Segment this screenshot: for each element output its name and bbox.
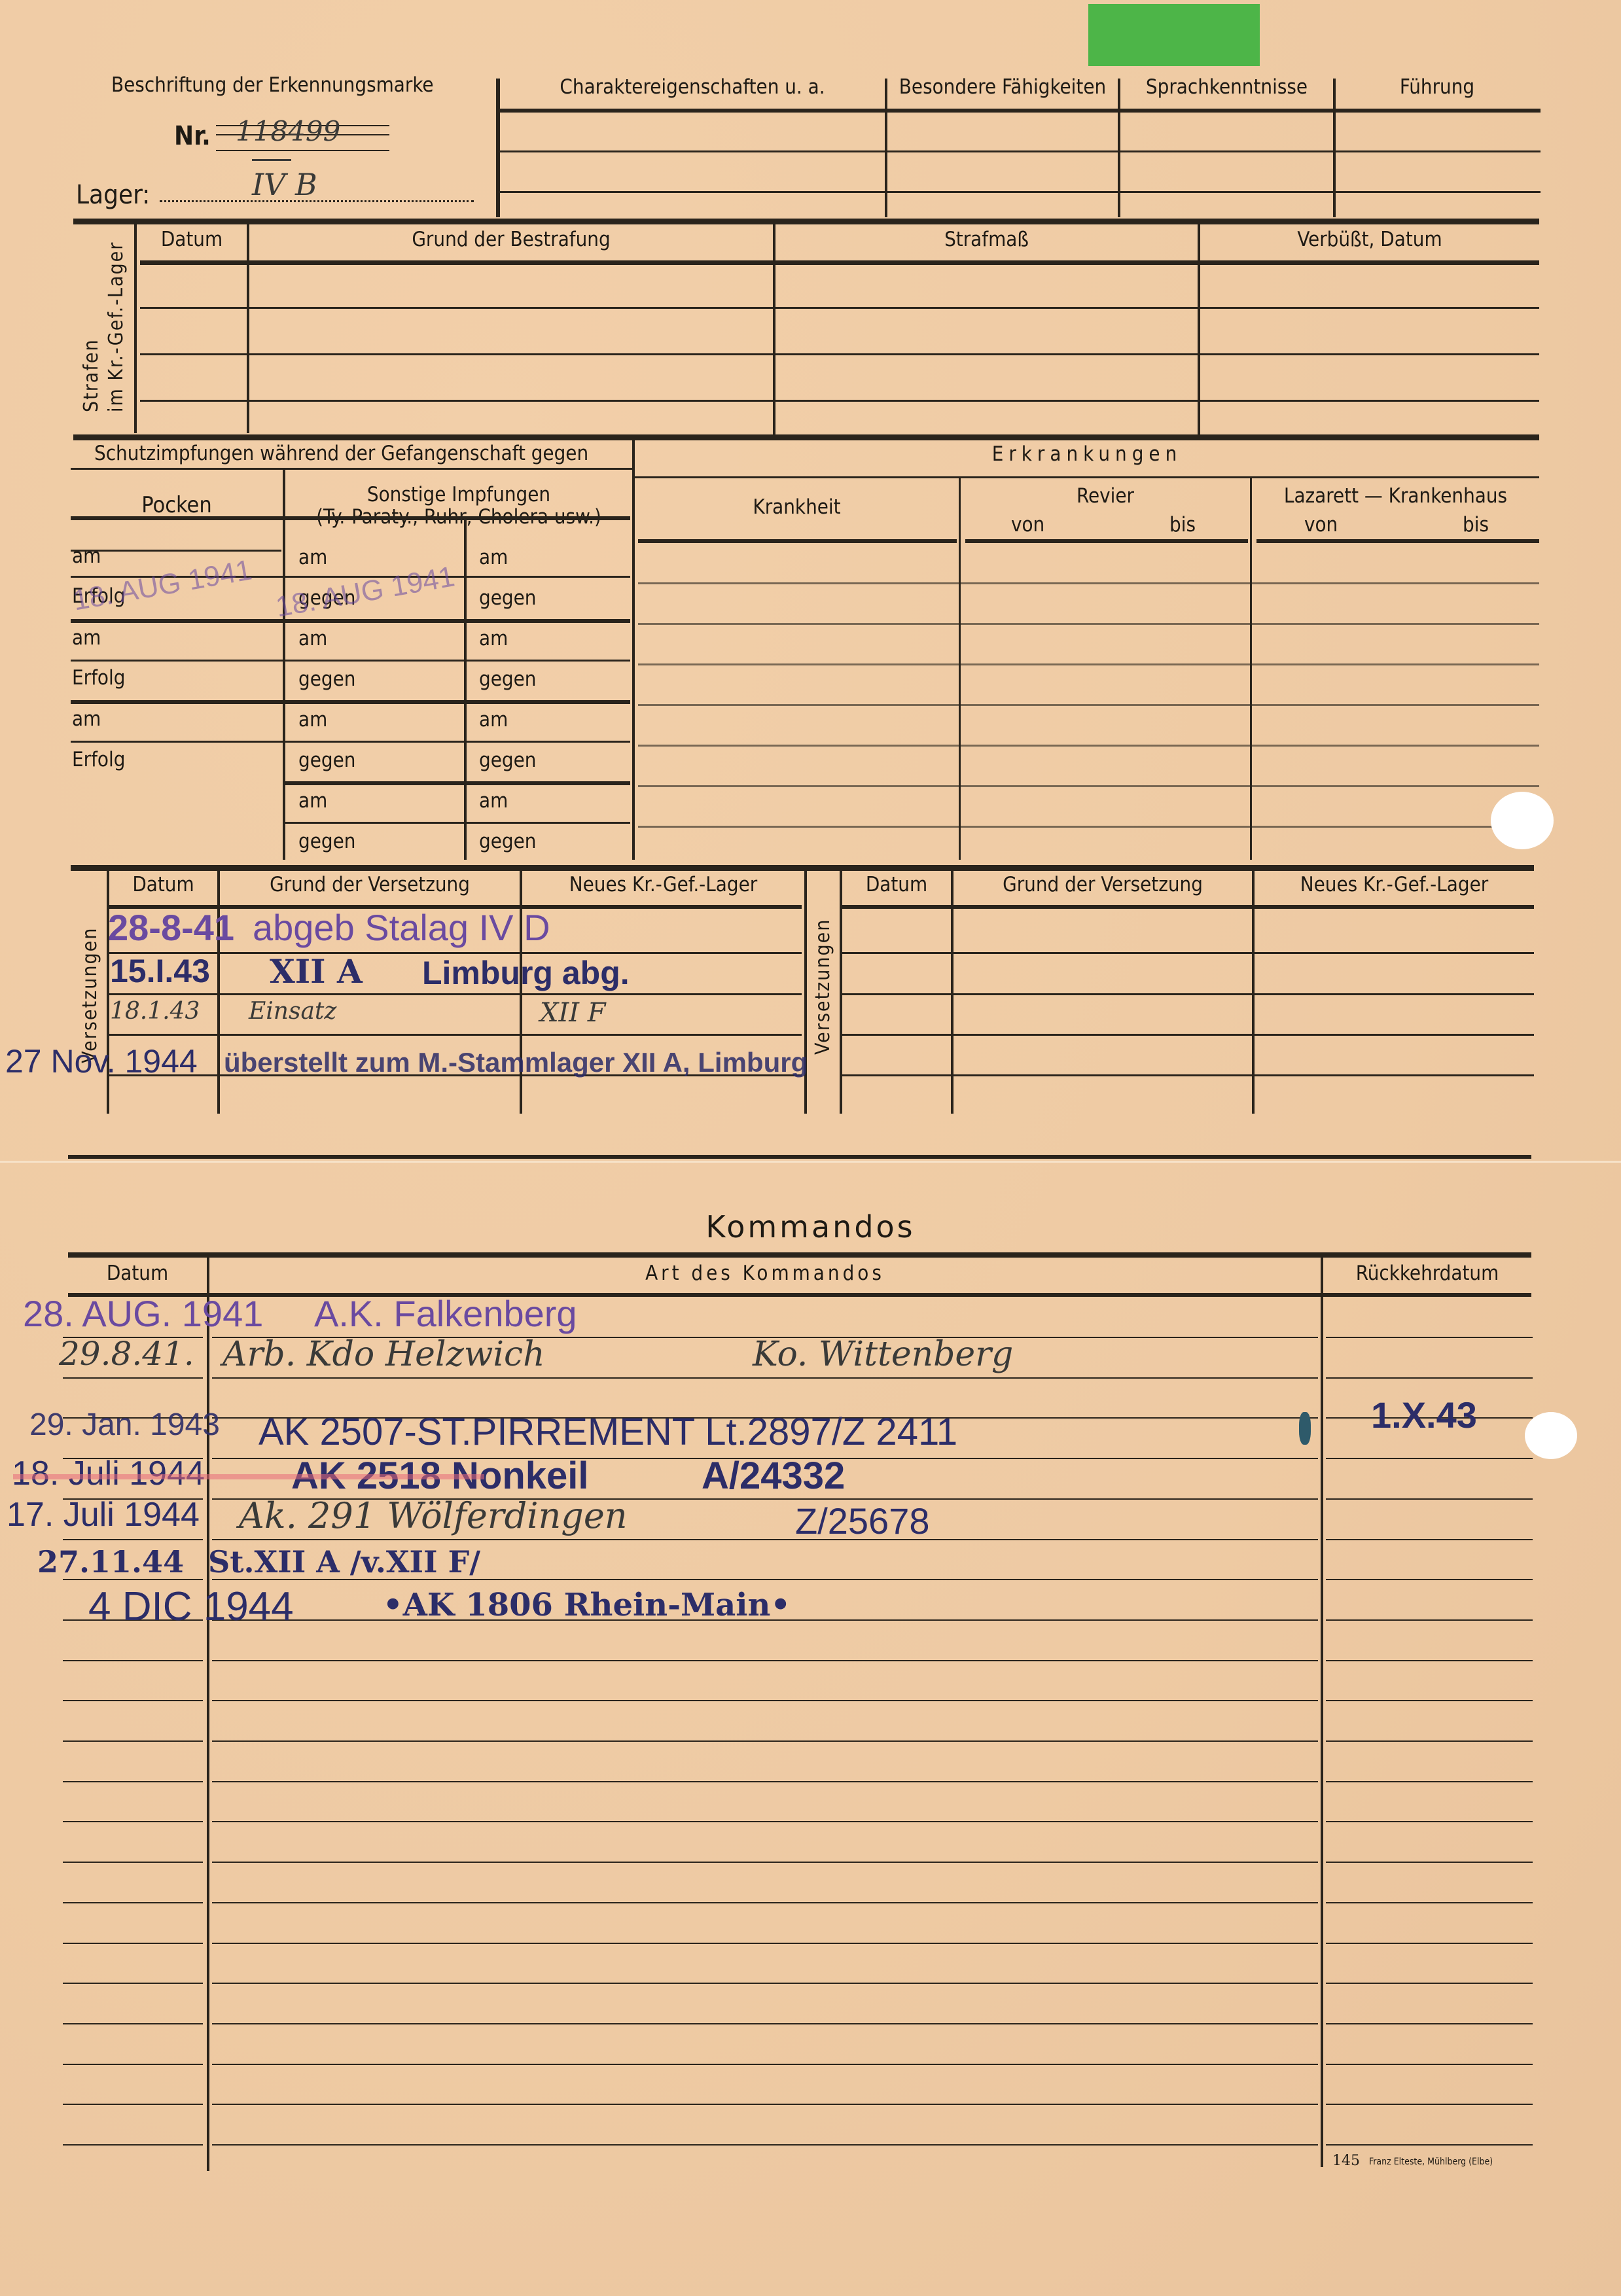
kom-entry-6-date: 27.11.44 — [37, 1544, 184, 1580]
vers-col-grund-2: Grund der Versetzung — [953, 873, 1252, 896]
ruled-line — [212, 1539, 1318, 1540]
strafen-side-label: Strafen — [80, 338, 103, 412]
pocken-row: Erfolg — [72, 748, 125, 771]
ruled-line — [1326, 1498, 1533, 1500]
divider — [109, 1034, 802, 1036]
vers-col-lager-2: Neues Kr.-Gef.-Lager — [1255, 873, 1534, 896]
punch-hole — [1525, 1412, 1577, 1459]
divider — [773, 222, 775, 437]
kom-col-art: Art des Kommandos — [209, 1262, 1321, 1285]
divider — [638, 785, 1539, 787]
ruled-line — [63, 2104, 203, 2105]
divider — [71, 660, 630, 662]
divider — [1256, 539, 1539, 543]
revier-bis: bis — [1169, 513, 1196, 537]
divider — [965, 539, 1248, 543]
printer-imprint: Franz Elteste, Mühlberg (Elbe) — [1369, 2157, 1493, 2167]
ruled-line — [63, 1902, 203, 1903]
red-strikethrough — [13, 1474, 484, 1479]
divider — [635, 476, 1539, 478]
divider — [140, 353, 1539, 355]
divider — [638, 582, 1539, 584]
ruled-line — [63, 1821, 203, 1822]
divider — [1321, 1258, 1323, 2167]
divider — [638, 539, 957, 543]
ruled-line — [212, 1660, 1318, 1661]
pocken-row: am — [72, 626, 101, 650]
divider — [285, 781, 630, 785]
divider — [842, 1074, 1534, 1076]
strafen-side-label-b: im Kr.-Gef.-Lager — [105, 241, 128, 412]
kom-col-datum: Datum — [68, 1262, 207, 1285]
divider — [496, 79, 500, 217]
ruled-line — [63, 1781, 203, 1782]
sonstige-row: am — [298, 708, 327, 732]
divider — [638, 663, 1539, 665]
kom-entry-5-text: Ak. 291 Wölferdingen — [239, 1495, 628, 1536]
divider — [71, 700, 630, 704]
sonstige-row: gegen — [298, 749, 355, 772]
vers-entry-2-text2: Limburg abg. — [422, 954, 630, 992]
ruled-line — [63, 1700, 203, 1701]
sonstige-row: am — [479, 627, 508, 650]
divider — [500, 109, 1541, 113]
kom-entry-7-text: •AK 1806 Rhein-Main• — [383, 1587, 791, 1623]
lager-label: Lager: — [76, 180, 150, 210]
kom-entry-2-text2: Ko. Wittenberg — [753, 1335, 1013, 1374]
pocken-row: am — [72, 707, 101, 731]
kom-entry-4-date: 18. Juli 1944 — [12, 1454, 205, 1493]
divider — [959, 478, 961, 860]
ruled-line — [1326, 1983, 1533, 1984]
ruled-line — [1326, 1943, 1533, 1944]
sonstige-row: gegen — [298, 830, 355, 853]
divider — [73, 219, 1539, 224]
divider — [140, 400, 1539, 402]
divider — [1333, 79, 1336, 217]
paper-background — [0, 0, 1621, 2296]
divider — [68, 1252, 1531, 1258]
kom-entry-5-date: 17. Juli 1944 — [7, 1495, 200, 1534]
ruled-line — [212, 2023, 1318, 2024]
divider — [285, 822, 630, 824]
ruled-line — [1326, 1902, 1533, 1903]
vers-col-datum-2: Datum — [842, 873, 951, 896]
col-fuehrung: Führung — [1336, 75, 1539, 99]
ruled-line — [1326, 1539, 1533, 1540]
ruled-line — [63, 1740, 203, 1742]
fold-crease — [0, 1161, 1621, 1163]
ruled-line — [212, 2064, 1318, 2065]
ruled-line — [1326, 1458, 1533, 1459]
vers-entry-3-text: Einsatz — [249, 998, 336, 1025]
lager-overline — [252, 159, 291, 161]
pocken-row: am — [72, 544, 101, 568]
strafen-col-strafmass: Strafmaß — [775, 228, 1198, 251]
ruled-line — [63, 1660, 203, 1661]
kom-entry-3-return: 1.X.43 — [1371, 1394, 1477, 1436]
sonstige-row: gegen — [298, 667, 355, 691]
ruled-line — [1326, 1740, 1533, 1742]
impfungen-title: Schutzimpfungen während der Gefangenscha… — [94, 442, 588, 465]
nr-value: 118499 — [236, 115, 340, 147]
strafen-col-verbuesst: Verbüßt, Datum — [1200, 228, 1539, 251]
kom-entry-2-date: 29.8.41. — [59, 1335, 194, 1373]
divider — [207, 1258, 209, 2171]
ruled-line — [63, 2023, 203, 2024]
divider — [1250, 478, 1252, 860]
vers-entry-4-date: 27 Nov. 1944 — [5, 1042, 198, 1080]
erk-col-revier: Revier — [961, 484, 1250, 508]
pocken-label: Pocken — [71, 492, 283, 518]
ruled-line — [1326, 1781, 1533, 1782]
sonstige-row: am — [479, 708, 508, 732]
strafen-side-label-1: Strafen — [80, 338, 103, 412]
sonstige-row: gegen — [479, 749, 536, 772]
fold-divider — [68, 1155, 1531, 1159]
erk-col-lazarett: Lazarett — Krankenhaus — [1252, 484, 1539, 508]
ruled-line — [1326, 1579, 1533, 1580]
divider — [500, 150, 1541, 152]
ruled-line — [63, 2064, 203, 2065]
vers-entry-3-lager: XII F — [540, 998, 606, 1028]
ruled-line — [212, 1781, 1318, 1782]
vers-entry-2-date: 15.I.43 — [110, 952, 210, 990]
ruled-line — [1326, 1337, 1533, 1338]
ruled-line — [1326, 1660, 1533, 1661]
sonstige-label-1: Sonstige Impfungen — [285, 483, 632, 506]
divider — [842, 993, 1534, 995]
kom-entry-2-text: Arb. Kdo Helzwich — [223, 1335, 545, 1374]
ruled-line — [1326, 1821, 1533, 1822]
ruled-line — [212, 1700, 1318, 1701]
ruled-line — [1326, 2023, 1533, 2024]
ruled-line — [212, 1377, 1318, 1379]
ruled-line — [63, 1983, 203, 1984]
ruled-line — [63, 1943, 203, 1944]
sonstige-row: am — [298, 789, 327, 813]
form-number: 145 — [1332, 2153, 1360, 2169]
divider — [140, 260, 1539, 265]
ruled-line — [212, 1740, 1318, 1742]
versetzungen-side-label-right: Versetzungen — [811, 919, 834, 1055]
sonstige-row: am — [479, 789, 508, 813]
divider — [842, 1034, 1534, 1036]
ruled-line — [63, 1539, 203, 1540]
kom-entry-1-date: 28. AUG. 1941 — [23, 1292, 263, 1335]
divider — [1198, 222, 1200, 437]
divider — [71, 468, 632, 470]
kom-entry-3-date: 29. Jan. 1943 — [29, 1407, 220, 1443]
kom-entry-7-date: 4 DIC 1944 — [88, 1583, 294, 1630]
vers-entry-2-text: XII A — [270, 952, 363, 991]
ruled-line — [212, 1821, 1318, 1822]
sonstige-row: gegen — [479, 667, 536, 691]
lager-value: IV B — [252, 167, 317, 202]
vers-col-lager: Neues Kr.-Gef.-Lager — [522, 873, 804, 896]
ruled-line — [1326, 2144, 1533, 2146]
divider — [638, 704, 1539, 706]
green-tab-marker — [1088, 4, 1260, 66]
kom-entry-1-text: A.K. Falkenberg — [314, 1292, 577, 1335]
kom-entry-4-text2: A/24332 — [702, 1454, 845, 1498]
vers-entry-3-date: 18.1.43 — [110, 998, 200, 1025]
pocken-row: Erfolg — [72, 666, 125, 690]
divider — [134, 222, 137, 433]
revier-von: von — [1011, 513, 1044, 537]
vers-entry-4-text: überstellt zum M.-Stammlager XII A, Limb… — [224, 1047, 808, 1078]
erk-col-krankheit: Krankheit — [635, 495, 959, 519]
sonstige-row: gegen — [479, 586, 536, 610]
erkennungsmarke-label: Beschriftung der Erkennungsmarke — [111, 73, 434, 97]
ruled-line — [212, 2104, 1318, 2105]
divider — [500, 191, 1541, 193]
ruled-line — [63, 2144, 203, 2146]
ink-blot — [1299, 1412, 1311, 1445]
sonstige-row: am — [298, 627, 327, 650]
ruled-line — [63, 1377, 203, 1379]
strafen-col-grund: Grund der Bestrafung — [249, 228, 773, 251]
divider — [885, 79, 887, 217]
nr-label: Nr. — [174, 121, 211, 151]
ruled-line — [212, 1862, 1318, 1863]
divider — [638, 623, 1539, 625]
sonstige-row: gegen — [479, 830, 536, 853]
ruled-line — [1326, 2104, 1533, 2105]
divider — [109, 993, 802, 995]
vers-col-datum: Datum — [109, 873, 217, 896]
strafen-col-datum: Datum — [137, 228, 247, 251]
lazarett-bis: bis — [1463, 513, 1489, 537]
kom-entry-3-text: AK 2507-ST.PIRREMENT Lt.2897/Z 2411 — [258, 1410, 957, 1454]
ruled-line — [212, 1943, 1318, 1944]
divider — [71, 619, 630, 623]
ruled-line — [1326, 1619, 1533, 1621]
divider — [842, 905, 1534, 909]
col-faehigkeiten: Besondere Fähigkeiten — [887, 75, 1118, 99]
kommandos-title: Kommandos — [0, 1209, 1621, 1245]
ruled-line — [212, 1902, 1318, 1903]
erkrankungen-title: Erkrankungen — [635, 442, 1539, 466]
ruled-line — [1326, 2064, 1533, 2065]
ruled-line — [1326, 1862, 1533, 1863]
col-sprachkenntnisse: Sprachkenntnisse — [1120, 75, 1333, 99]
ruled-line — [1326, 1377, 1533, 1379]
ruled-line — [212, 1983, 1318, 1984]
ruled-line — [212, 2144, 1318, 2146]
divider — [1118, 79, 1120, 217]
divider — [638, 826, 1539, 828]
divider — [638, 745, 1539, 747]
kom-entry-5-text2: Z/25678 — [795, 1500, 930, 1542]
divider — [140, 307, 1539, 309]
divider — [73, 434, 1539, 440]
divider — [71, 865, 1534, 871]
strafen-side-label-2: im Kr.-Gef.-Lager — [105, 241, 128, 412]
lazarett-von: von — [1304, 513, 1338, 537]
divider — [842, 952, 1534, 954]
vers-entry-1-text: abgeb Stalag IV D — [253, 906, 550, 949]
divider — [68, 1293, 1531, 1297]
ruled-line — [63, 1862, 203, 1863]
kom-col-rueckkehr: Rückkehrdatum — [1323, 1262, 1531, 1285]
vers-entry-1-date: 28-8-41 — [108, 906, 234, 949]
col-charakter: Charaktereigenschaften u. a. — [500, 75, 885, 99]
punch-hole — [1491, 792, 1554, 849]
divider — [71, 741, 630, 743]
divider — [464, 520, 467, 860]
divider — [71, 516, 630, 520]
ruled-line — [1326, 1700, 1533, 1701]
kom-entry-6-text: St.XII A /v.XII F/ — [208, 1544, 480, 1580]
vers-col-grund: Grund der Versetzung — [220, 873, 520, 896]
